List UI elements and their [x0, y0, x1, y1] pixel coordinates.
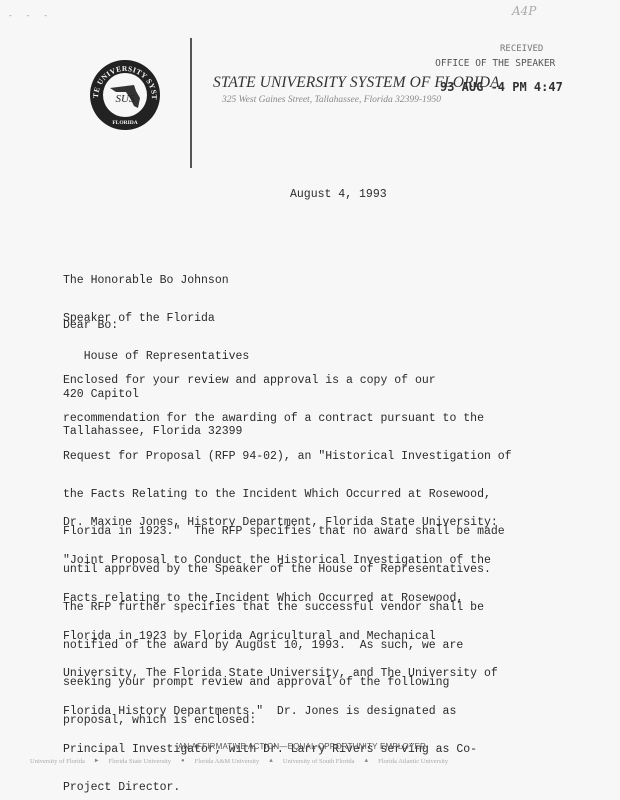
handwritten-note: A4P — [512, 4, 536, 18]
paragraph-line: University, The Florida State University… — [63, 668, 498, 681]
received-stamp-office: OFFICE OF THE SPEAKER — [435, 58, 555, 69]
corner-marks: - - - — [8, 12, 52, 21]
footer-institutions: University of Florida ▶ Florida State Un… — [30, 757, 590, 766]
footer-institution: University of Florida — [30, 757, 85, 766]
bullet-icon: ▲ — [269, 757, 273, 764]
salutation: Dear Bo: — [63, 320, 118, 333]
paragraph-line: recommendation for the awarding of a con… — [63, 413, 512, 426]
paragraph-line: Dr. Maxine Jones, History Department, Fl… — [63, 517, 498, 530]
recipient-line: The Honorable Bo Johnson — [63, 275, 249, 288]
paragraph-line: Enclosed for your review and approval is… — [63, 375, 512, 388]
bullet-icon: ▲ — [365, 757, 369, 764]
svg-text:FLORIDA: FLORIDA — [112, 120, 137, 126]
received-stamp-datetime: 93 AUG -4 PM 4:47 — [440, 80, 563, 94]
paragraph-line: Florida in 1923 by Florida Agricultural … — [63, 631, 498, 644]
letter-date: August 4, 1993 — [290, 188, 387, 201]
state-university-system-seal-icon: SUS STATE UNIVERSITY SYSTEM FLORIDA — [88, 58, 162, 132]
bullet-icon: ▶ — [95, 757, 99, 764]
paragraph-2: Dr. Maxine Jones, History Department, Fl… — [63, 492, 498, 800]
bullet-icon: ● — [181, 757, 185, 764]
letterhead-divider — [190, 38, 192, 168]
footer-institution: Florida A&M University — [195, 757, 260, 766]
paragraph-line: Project Director. — [63, 782, 498, 795]
letterhead-address: 325 West Gaines Street, Tallahassee, Flo… — [222, 95, 441, 105]
footer-institution: University of South Florida — [283, 757, 355, 766]
footer-eeo-statement: AN AFFIRMATIVE ACTION—EQUAL OPPORTUNITY … — [178, 742, 426, 751]
paragraph-line: Facts relating to the Incident Which Occ… — [63, 593, 498, 606]
paragraph-line: Florida History Departments." Dr. Jones … — [63, 706, 498, 719]
footer-institution: Florida State University — [109, 757, 171, 766]
paragraph-line: Request for Proposal (RFP 94-02), an "Hi… — [63, 451, 512, 464]
footer-institution: Florida Atlantic University — [378, 757, 448, 766]
paragraph-line: "Joint Proposal to Conduct the Historica… — [63, 555, 498, 568]
received-stamp-label: RECEIVED — [500, 44, 543, 54]
svg-text:SUS: SUS — [116, 93, 135, 105]
